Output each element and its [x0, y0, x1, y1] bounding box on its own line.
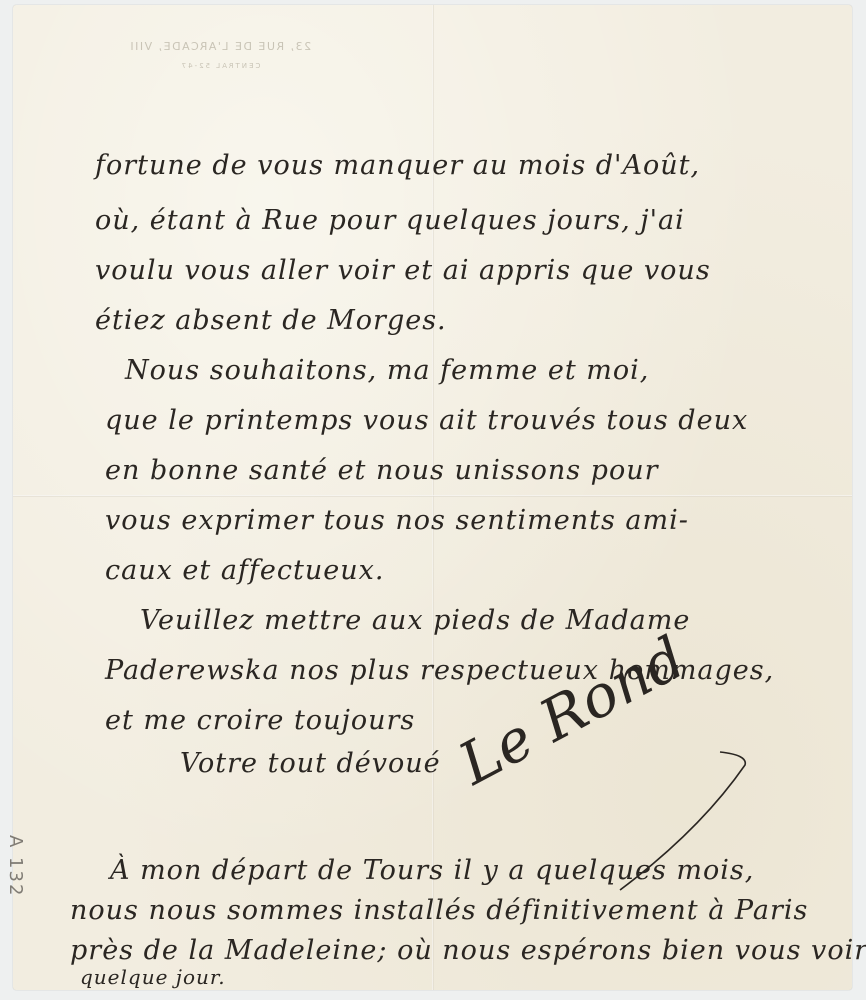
body-line: que le printemps vous ait trouvés tous d…	[105, 405, 748, 436]
postscript-line: près de la Madeleine; où nous espérons b…	[70, 935, 866, 966]
body-line: Veuillez mettre aux pieds de Madame	[140, 605, 690, 636]
embossed-letterhead: 23, RUE DE L'ARCADE, VIII CENTRAL 52-47	[100, 40, 340, 70]
body-line: étiez absent de Morges.	[95, 305, 447, 336]
body-line: où, étant à Rue pour quelques jours, j'a…	[95, 205, 685, 236]
postscript-line: quelque jour.	[80, 965, 226, 989]
body-line: en bonne santé et nous unissons pour	[105, 455, 659, 486]
letterhead-telephone: CENTRAL 52-47	[100, 62, 340, 70]
closing-line: Votre tout dévoué	[180, 748, 441, 779]
body-line: et me croire toujours	[105, 705, 415, 736]
horizontal-fold-crease	[13, 495, 852, 497]
letterhead-address: 23, RUE DE L'ARCADE, VIII	[100, 40, 340, 53]
body-line: vous exprimer tous nos sentiments ami-	[105, 505, 689, 536]
postscript-line: À mon départ de Tours il y a quelques mo…	[110, 855, 754, 886]
body-line: voulu vous aller voir et ai appris que v…	[95, 255, 711, 286]
postscript-line: nous nous sommes installés définitivemen…	[70, 895, 808, 926]
body-line: Nous souhaitons, ma femme et moi,	[125, 355, 649, 386]
body-line: caux et affectueux.	[105, 555, 384, 586]
body-line: fortune de vous manquer au mois d'Août,	[95, 150, 700, 181]
archive-catalogue-mark: A 132	[5, 835, 26, 897]
